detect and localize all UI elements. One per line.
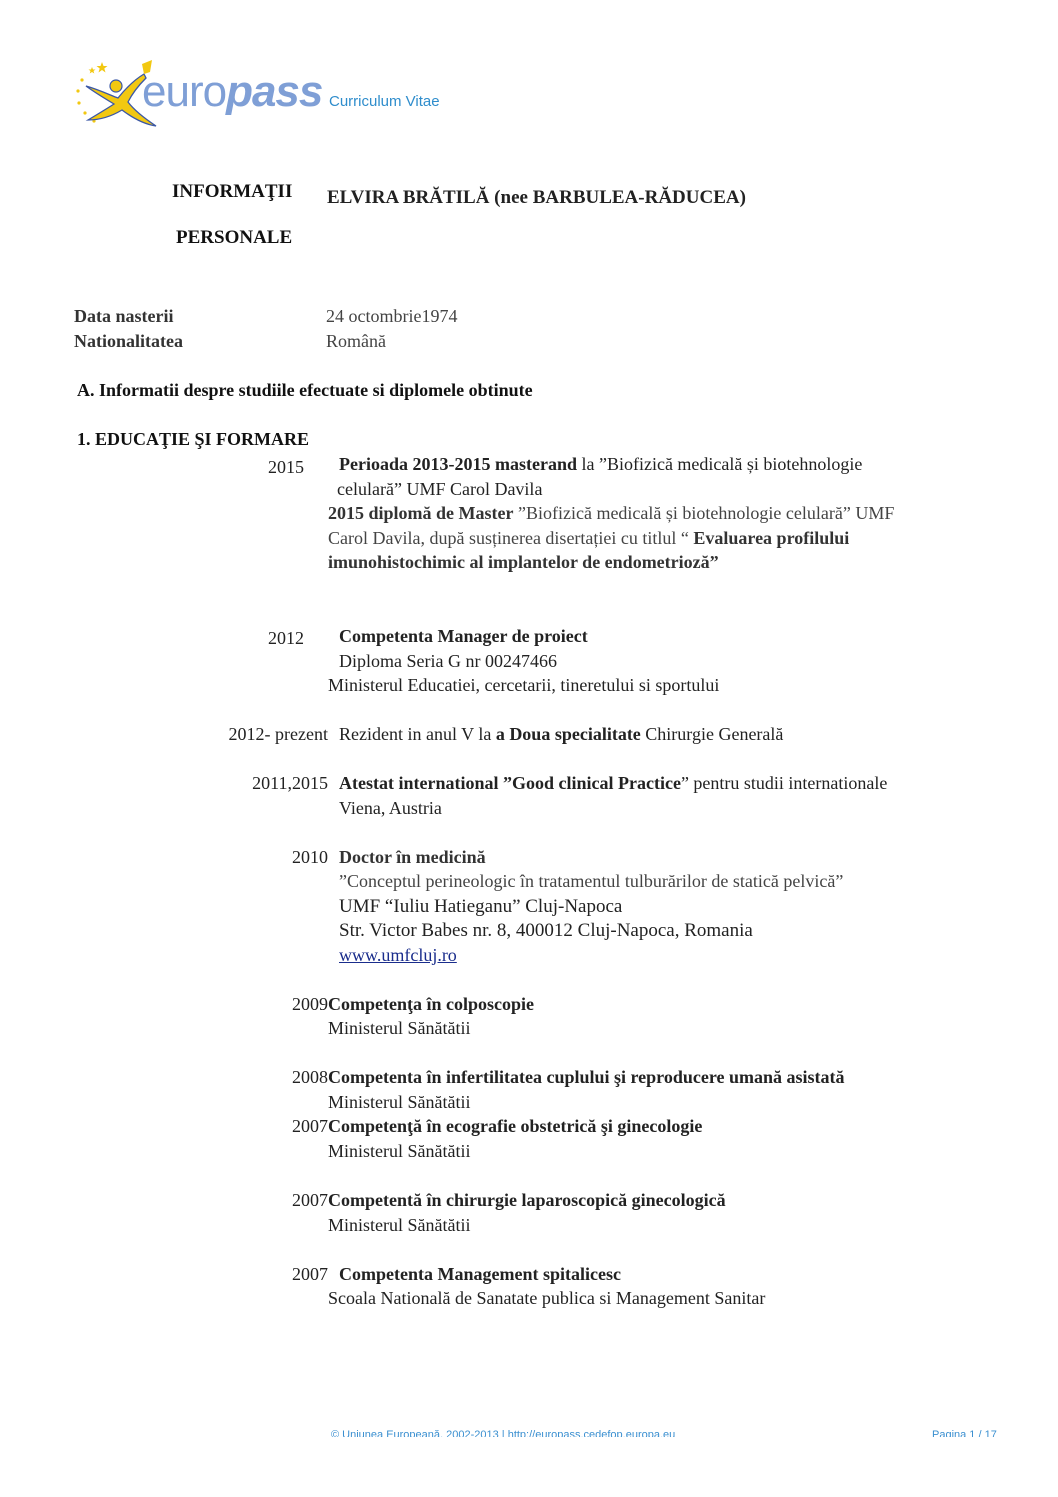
entry-year: 2007 bbox=[270, 1264, 328, 1285]
footer-copyright: © Uniunea Europeană, 2002-2013 | http://… bbox=[331, 1428, 675, 1437]
entry-line: Str. Victor Babes nr. 8, 400012 Cluj-Nap… bbox=[339, 920, 753, 942]
entry-line: Atestat international ”Good clinical Pra… bbox=[339, 773, 887, 794]
entry-year: 2012 bbox=[240, 628, 304, 649]
entry-title: Competenţa în colposcopie bbox=[328, 994, 534, 1015]
education-section-title: 1. EDUCAŢIE ŞI FORMARE bbox=[77, 429, 309, 450]
entry-line: Viena, Austria bbox=[339, 798, 442, 819]
entry-line: Ministerul Sănătătii bbox=[328, 1018, 470, 1039]
entry-line: UMF “Iuliu Hatieganu” Cluj-Napoca bbox=[339, 896, 622, 918]
entry-title: Competenţă în ecografie obstetrică şi gi… bbox=[328, 1116, 702, 1137]
birth-date-value: 24 octombrie1974 bbox=[326, 306, 457, 327]
umfcluj-link[interactable]: www.umfcluj.ro bbox=[339, 945, 457, 966]
entry-line: celulară” UMF Carol Davila bbox=[337, 479, 542, 500]
birth-date-label: Data nasterii bbox=[74, 306, 173, 327]
europass-logo: europass bbox=[72, 58, 312, 130]
entry-year: 2008 bbox=[270, 1067, 328, 1088]
entry-line: Scoala Natională de Sanatate publica si … bbox=[328, 1288, 765, 1309]
entry-line: imunohistochimic al implantelor de endom… bbox=[328, 552, 719, 573]
nationality-value: Română bbox=[326, 331, 386, 352]
entry-title: Competenta în infertilitatea cuplului şi… bbox=[328, 1067, 845, 1088]
entry-title: Competenta Management spitalicesc bbox=[339, 1264, 621, 1285]
entry-line: Ministerul Sănătătii bbox=[328, 1141, 470, 1162]
entry-year: 2007 bbox=[270, 1190, 328, 1211]
entry-title: Competentă în chirurgie laparoscopică gi… bbox=[328, 1190, 726, 1211]
entry-line: 2015 diplomă de Master ”Biofizică medica… bbox=[328, 503, 894, 524]
entry-line: ”Conceptul perineologic în tratamentul t… bbox=[339, 871, 843, 892]
footer-page-number: Pagina 1 / 17 bbox=[932, 1428, 997, 1437]
entry-year: 2011,2015 bbox=[220, 773, 328, 794]
personal-info-label-2: PERSONALE bbox=[176, 227, 292, 249]
entry-year: 2009 bbox=[270, 994, 328, 1015]
entry-line: Ministerul Sănătătii bbox=[328, 1092, 470, 1113]
entry-line: Perioada 2013-2015 masterand la ”Biofizi… bbox=[339, 454, 862, 475]
entry-line: Carol Davila, după susținerea disertație… bbox=[328, 528, 849, 549]
entry-year: 2010 bbox=[270, 847, 328, 868]
entry-line: Diploma Seria G nr 00247466 bbox=[339, 651, 557, 672]
entry-line: Rezident in anul V la a Doua specialitat… bbox=[339, 724, 783, 745]
entry-year: 2012- prezent bbox=[200, 724, 328, 745]
entry-year: 2015 bbox=[240, 457, 304, 478]
entry-line: Ministerul Educatiei, cercetarii, tinere… bbox=[328, 675, 719, 696]
entry-line: Ministerul Sănătătii bbox=[328, 1215, 470, 1236]
europass-wordmark: europass bbox=[142, 64, 322, 120]
personal-info-label-1: INFORMAŢII bbox=[172, 181, 292, 203]
section-a-title: A. Informatii despre studiile efectuate … bbox=[77, 380, 533, 401]
nationality-label: Nationalitatea bbox=[74, 331, 183, 352]
entry-title: Doctor în medicină bbox=[339, 847, 486, 868]
entry-title: Competenta Manager de proiect bbox=[339, 626, 588, 647]
full-name: ELVIRA BRĂTILĂ (nee BARBULEA-RĂDUCEA) bbox=[327, 187, 746, 209]
entry-year: 2007 bbox=[270, 1116, 328, 1137]
document-title: Curriculum Vitae bbox=[329, 93, 440, 110]
